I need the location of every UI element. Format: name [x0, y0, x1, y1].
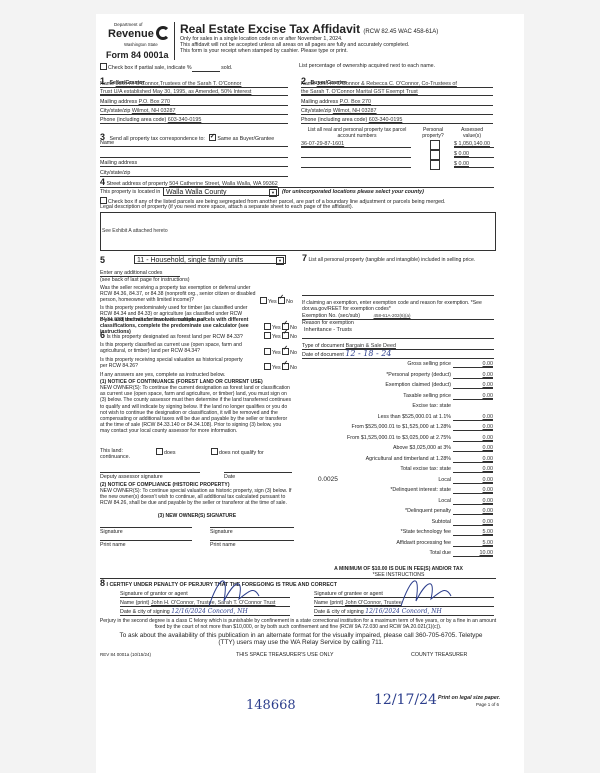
legal-description-box[interactable]: See Exhibit A attached hereto — [100, 212, 496, 251]
tax-amount[interactable]: 0.00 — [453, 477, 493, 483]
forest-q3-no-checkbox[interactable] — [282, 363, 289, 370]
tax-amount-line — [453, 367, 493, 368]
seller-city[interactable]: City/state/zip Wilmot, NH 03287 — [100, 108, 288, 115]
forest-q2-yes-checkbox[interactable] — [264, 348, 271, 355]
q2-yes-checkbox[interactable] — [264, 323, 271, 330]
tax-row-label: *State technology fee — [301, 529, 451, 535]
seller-mailing[interactable]: Mailing address P.O. Box 270 — [100, 99, 288, 106]
parcel-number-field[interactable] — [301, 161, 411, 168]
tax-amount-line — [453, 556, 493, 557]
page-number: Page 1 of 6 — [476, 702, 499, 708]
forest-q1-yes-no: Yes No — [264, 332, 297, 340]
forest-q2-yes-no: Yes No — [264, 348, 297, 356]
tax-row-label: Subtotal — [301, 519, 451, 525]
reason-label: Reason for exemption — [302, 320, 354, 326]
tax-row-label: From $525,000.01 to $1,525,000 at 1.28% — [301, 424, 451, 430]
reason-line — [302, 338, 494, 339]
tax-row-label: Gross selling price — [301, 361, 451, 367]
tax-amount[interactable]: 0.00 — [453, 445, 493, 451]
local-rate: 0.0025 — [318, 476, 338, 483]
header-divider — [174, 22, 175, 60]
assessed-value-field[interactable]: $ 1,050,140.00 — [454, 141, 494, 148]
tax-amount[interactable]: 0.00 — [453, 466, 493, 472]
legal-description-label: Legal description of property (if you ne… — [100, 204, 353, 210]
buyer-mailing[interactable]: Mailing address P.O. Box 270 — [301, 99, 493, 106]
deputy-signature-label: Deputy assessor signature — [100, 474, 163, 480]
personal-col-header: Personal property? — [418, 127, 448, 139]
parcel-number-field[interactable]: 36-07-29-87-1601 — [301, 141, 411, 148]
tax-amount[interactable]: 0.00 — [453, 361, 493, 367]
buyer-name-line2[interactable]: the Sarah T. O'Connor Marital GST Exempt… — [301, 89, 493, 96]
grantor-signature-scribble — [204, 571, 264, 611]
notice-continuance-text: NEW OWNER(S): To continue the current de… — [100, 385, 292, 435]
tax-amount[interactable]: 0.00 — [453, 487, 493, 493]
buyer-name-line1[interactable]: Name John H. O'Connor & Rebecca C. O'Con… — [301, 81, 493, 88]
tax-amount[interactable]: 0.00 — [453, 393, 493, 399]
grantee-signature-scribble — [396, 571, 456, 611]
tax-amount-line — [453, 462, 493, 463]
tax-row-label: Above $3,025,000 at 3% — [301, 445, 451, 451]
tax-amount-line — [453, 430, 493, 431]
form-title: Real Estate Excise Tax Affidavit (RCW 82… — [180, 22, 438, 36]
parcel-number-field[interactable] — [301, 151, 411, 158]
tax-amount-line — [453, 525, 493, 526]
located-label: This property is located in — [100, 189, 160, 195]
forest-q1-no-checkbox[interactable] — [282, 332, 289, 339]
tax-amount[interactable]: 0.00 — [453, 498, 493, 504]
forest-q2-no-checkbox[interactable] — [282, 348, 289, 355]
property-address[interactable]: 4 Street address of property 504 Catheri… — [100, 179, 494, 188]
forest-q1-row: 6 Is this property designated as forest … — [100, 332, 243, 340]
tax-amount[interactable]: 5.00 — [453, 529, 493, 535]
exemption-intro: If claiming an exemption, enter exemptio… — [302, 300, 492, 312]
tax-amount[interactable]: 0.00 — [453, 414, 493, 420]
tax-row-label: *Personal property (deduct) — [301, 372, 451, 378]
tax-amount-line — [453, 420, 493, 421]
assessed-value-field[interactable]: $ 0.00 — [454, 151, 494, 158]
print-name-label-1: Print name — [100, 542, 126, 548]
correspondence-name-line2[interactable] — [100, 151, 288, 158]
seller-name-line1[interactable]: Name John H. O'Connor,Trustees of the Sa… — [100, 81, 288, 88]
tax-amount-line — [453, 493, 493, 494]
q1-yes-no: Yes No — [260, 297, 293, 305]
tax-amount-line — [453, 535, 493, 536]
continuance-label: continuance. — [100, 454, 130, 460]
state-label: Washington State — [124, 42, 158, 48]
instructions-note: If any answers are yes, complete as inst… — [100, 372, 225, 378]
alt-format-notice: To ask about the availability of this pu… — [116, 632, 486, 646]
tax-row-label: *Delinquent interest: state — [301, 487, 451, 493]
correspondence-mailing[interactable]: Mailing address — [100, 160, 288, 167]
q1-yes-checkbox[interactable] — [260, 297, 267, 304]
land-use-select[interactable]: 11 - Household, single family units▼ — [134, 255, 286, 264]
parcel-col-header: List all real and personal property tax … — [301, 127, 413, 139]
exemption-question: Was the seller receiving a property tax … — [100, 285, 260, 304]
county-select[interactable]: Walla Walla County▼ — [163, 187, 279, 196]
legal-description-text: See Exhibit A attached hereto — [102, 228, 168, 234]
ownership-note: List percentage of ownership acquired ne… — [299, 63, 435, 69]
does-option: does — [156, 448, 176, 456]
section-5-number: 5 — [100, 255, 105, 265]
tax-amount-line — [453, 451, 493, 452]
tax-amount-line — [453, 378, 493, 379]
tax-amount-line — [453, 399, 493, 400]
owner-signature-line-1[interactable] — [100, 527, 192, 528]
print-name-line-2[interactable] — [210, 540, 294, 541]
tax-amount[interactable]: 0.00 — [453, 372, 493, 378]
tax-row-label: Less than $525,000.01 at 1.1% — [301, 414, 451, 420]
assessed-col-header: Assessed value(s) — [452, 127, 492, 139]
buyer-city[interactable]: City/state/zip Wilmot, NH 03287 — [301, 108, 493, 115]
agency-label: Revenue — [108, 28, 154, 40]
legal-paper-note: Print on legal size paper. — [438, 695, 500, 701]
tax-amount[interactable]: 0.00 — [453, 519, 493, 525]
partial-percent-field[interactable] — [192, 65, 220, 72]
additional-note: (see back of last page for instructions) — [100, 277, 190, 283]
print-name-label-2: Print name — [210, 542, 236, 548]
tax-amount-line — [453, 504, 493, 505]
new-owner-signature-title: (3) NEW OWNER(S) SIGNATURE — [100, 513, 294, 519]
does-not-option: does not qualify for — [211, 448, 264, 456]
personal-property-checkbox[interactable] — [430, 160, 440, 170]
tax-amount-line — [453, 472, 493, 473]
correspondence-city[interactable]: City/state/zip — [100, 170, 288, 177]
does-checkbox[interactable] — [156, 448, 163, 455]
deputy-date-line[interactable] — [224, 472, 292, 473]
tax-row-label: Exemption claimed (deduct) — [301, 382, 451, 388]
dropdown-arrow-icon: ▼ — [269, 189, 277, 197]
does-not-checkbox[interactable] — [211, 448, 218, 455]
forest-q3-yes-no: Yes No — [264, 363, 297, 371]
tax-amount-line — [453, 441, 493, 442]
tax-row-label: Total excise tax: state — [301, 466, 451, 472]
tax-row-label: Agricultural and timberland at 1.28% — [301, 456, 451, 462]
reason-value[interactable]: Inheritance - Trusts — [304, 327, 352, 333]
tax-amount[interactable]: 0.00 — [453, 435, 493, 441]
owner-signature-line-2[interactable] — [210, 527, 294, 528]
print-name-line-1[interactable] — [100, 540, 192, 541]
perjury-notice: Perjury in the second degree is a class … — [98, 618, 498, 630]
deputy-date-label: Date — [224, 474, 235, 480]
seller-name-line2[interactable]: Trust U/A established May 30, 1995, as A… — [100, 89, 288, 96]
tax-row-label: From $1,525,000.01 to $3,025,000 at 2.75… — [301, 435, 451, 441]
segregated-checkbox[interactable] — [100, 197, 107, 204]
stamp-date: 12/17/24 — [374, 692, 437, 708]
tax-amount-line — [453, 546, 493, 547]
doc-date-field[interactable]: Date of document 12 - 18 - 24 — [302, 351, 494, 359]
seller-phone[interactable]: Phone (including area code) 603-340-0195 — [100, 117, 288, 124]
correspondence-name[interactable]: Name — [100, 140, 288, 147]
form-number: Form 84 0001a — [106, 50, 169, 60]
doc-type-field[interactable]: Type of document Bargain & Sale Deed — [302, 343, 494, 350]
tax-amount-line — [453, 388, 493, 389]
tax-amount[interactable]: 0.00 — [453, 382, 493, 388]
county-note: (for unincorporated locations please sel… — [282, 189, 424, 195]
tax-amount-line — [453, 483, 493, 484]
county-treasurer-label: COUNTY TREASURER — [411, 652, 467, 658]
personal-property-checkbox[interactable] — [430, 140, 440, 150]
forest-q1-yes-checkbox[interactable] — [264, 332, 271, 339]
dropdown-arrow-icon: ▼ — [276, 257, 284, 265]
tax-amount[interactable]: 0.00 — [453, 424, 493, 430]
personal-property-checkbox[interactable] — [430, 150, 440, 160]
revision-label: REV 84 0001a (10/15/24) — [100, 652, 151, 658]
notice-compliance-text: NEW OWNER(S): To continue special valuat… — [100, 488, 294, 507]
signature-label-2: Signature — [210, 529, 233, 535]
assessed-value-field[interactable]: $ 0.00 — [454, 161, 494, 168]
buyer-phone[interactable]: Phone (including area code) 603-340-0195 — [301, 117, 493, 124]
q1-no-checkbox[interactable] — [278, 297, 285, 304]
tax-row-label: Total due — [301, 550, 451, 556]
signature-label-1: Signature — [100, 529, 123, 535]
tax-amount-line — [453, 514, 493, 515]
deputy-signature-line[interactable] — [100, 472, 200, 473]
forest-q3-yes-checkbox[interactable] — [264, 363, 271, 370]
tax-amount[interactable]: 0.00 — [453, 456, 493, 462]
tax-row-label: Excise tax: state — [301, 403, 451, 409]
header-line3: This form is your receipt when stamped b… — [180, 48, 348, 54]
tax-amount[interactable]: 0.00 — [453, 508, 493, 514]
historic-question: Is this property receiving special valua… — [100, 357, 250, 369]
treasurer-use-label: THIS SPACE TREASURER'S USE ONLY — [236, 652, 334, 658]
tax-row-label: Local — [301, 498, 451, 504]
tax-row-label: Affidavit processing fee — [301, 540, 451, 546]
partial-sale-checkbox[interactable] — [100, 63, 107, 70]
tax-row-label: *Delinquent penalty — [301, 508, 451, 514]
affidavit-page: Department of Revenue Washington State F… — [96, 14, 524, 773]
revenue-swirl-icon — [156, 26, 170, 40]
q2-yes-no: Yes No — [264, 323, 297, 331]
personal-property-label: 7 List all personal property (tangible a… — [302, 255, 492, 263]
tax-row-label: Taxable selling price — [301, 393, 451, 399]
receipt-number: 148668 — [246, 698, 296, 713]
tax-amount[interactable]: 5.00 — [453, 540, 493, 546]
personal-property-line[interactable] — [302, 295, 494, 296]
tax-amount[interactable]: 10.00 — [453, 550, 493, 556]
current-use-question: Is this property classified as current u… — [100, 342, 250, 354]
